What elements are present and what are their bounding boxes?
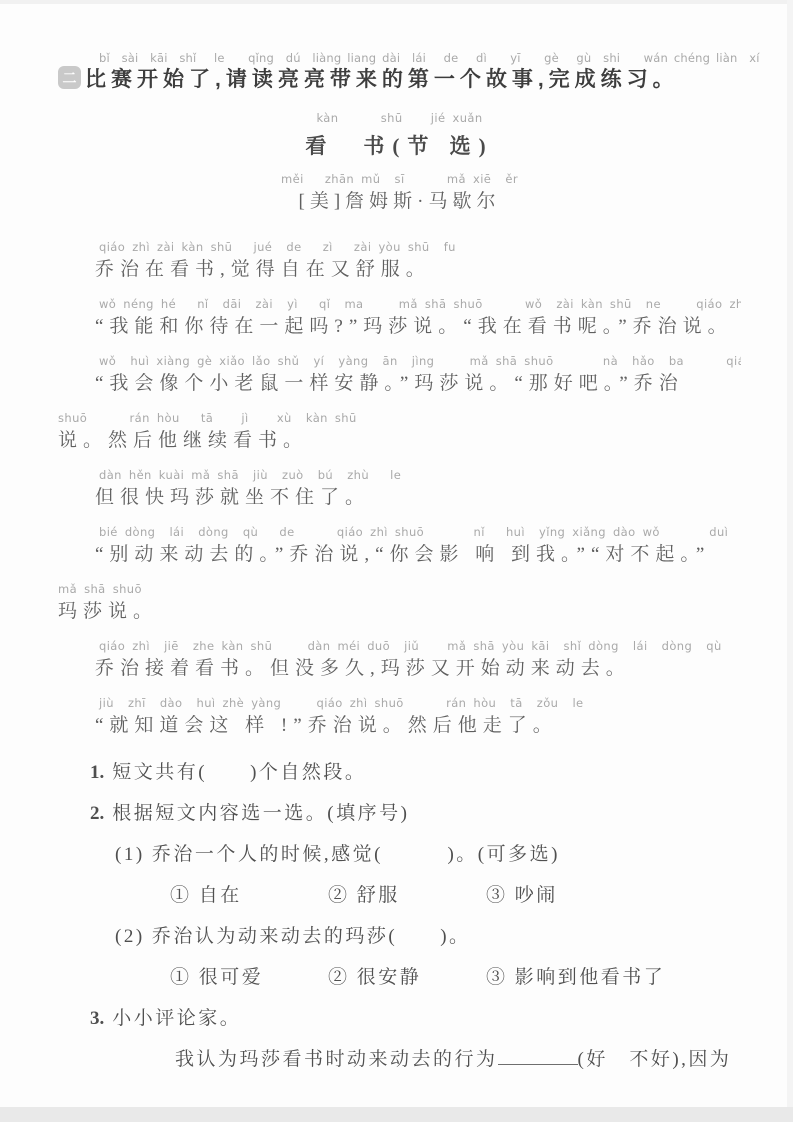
question-2-sub-1-options: ① 自在② 舒服③ 吵闹 xyxy=(58,881,741,910)
hanzi-line: “就知道会这 样 !”乔治说。然后他走了。 xyxy=(58,711,741,741)
question-1-number: 1. xyxy=(90,762,104,783)
hanzi-line: 说。然后他继续看书。 xyxy=(58,426,741,456)
pinyin-line: jiù zhī dào huì zhè yàng qiáo zhì shuō r… xyxy=(58,695,741,711)
pinyin-line: bié dòng lái dòng qù de qiáo zhì shuō nǐ… xyxy=(58,524,741,540)
scan-edge-right xyxy=(787,0,793,1107)
sub-question-label: (2) xyxy=(115,926,152,947)
pinyin-line: qiáo zhì jiē zhe kàn shū dàn méi duō jiǔ… xyxy=(58,638,741,654)
question-2-sub-2-options: ① 很可爱② 很安静③ 影响到他看书了 xyxy=(58,963,741,992)
passage-author-block: měi zhān mǔ sī mǎ xiē ěr [美]詹姆斯·马歇尔 xyxy=(58,171,741,217)
passage-body: qiáo zhì zài kàn shū jué de zì zài yòu s… xyxy=(58,239,741,741)
pinyin-line: dàn hěn kuài mǎ shā jiù zuò bú zhù le xyxy=(58,467,741,483)
sub-question-text: 乔治认为动来动去的玛莎( )。 xyxy=(152,926,471,947)
question-2-sub-2: (2) 乔治认为动来动去的玛莎( )。 xyxy=(58,922,741,951)
option-2: ② 舒服 xyxy=(328,881,486,910)
author-pinyin: měi zhān mǔ sī mǎ xiē ěr xyxy=(58,171,741,187)
question-3-text: 小小评论家。 xyxy=(112,1008,241,1029)
passage-author: [美]詹姆斯·马歇尔 xyxy=(58,187,741,217)
passage-title-block: kàn shū jié xuǎn 看 书(节 选) xyxy=(58,110,741,161)
story-line: wǒ néng hé nǐ dāi zài yì qǐ ma mǎ shā sh… xyxy=(58,296,741,342)
hanzi-line: 但很快玛莎就坐不住了。 xyxy=(58,483,741,513)
scan-edge-bottom xyxy=(0,1107,793,1122)
worksheet-page: { "page": { "section_badge": "二", "intro… xyxy=(0,0,793,1122)
hanzi-line: “别动来动去的。”乔治说,“你会影 响 到我。”“对不起。” xyxy=(58,540,741,570)
sub-question-text: 乔治一个人的时候,感觉( )。(可多选) xyxy=(152,844,560,865)
worksheet-content: 二 bǐ sài kāi shǐ le qǐng dú liàng liang … xyxy=(0,0,793,1122)
question-2-number: 2. xyxy=(90,803,104,824)
hanzi-line: “我能和你待在一起吗?”玛莎说。“我在看书呢。”乔治说。 xyxy=(58,312,741,342)
question-2-sub-1: (1) 乔治一个人的时候,感觉( )。(可多选) xyxy=(58,840,741,869)
hanzi-line: 乔治在看书,觉得自在又舒服。 xyxy=(58,255,741,285)
question-1-text: 短文共有( )个自然段。 xyxy=(112,762,366,783)
story-line: qiáo zhì zài kàn shū jué de zì zài yòu s… xyxy=(58,239,741,285)
pinyin-line: qiáo zhì zài kàn shū jué de zì zài yòu s… xyxy=(58,239,741,255)
sub-question-label: (1) xyxy=(115,844,152,865)
instruction-pinyin: bǐ sài kāi shǐ le qǐng dú liàng liang dà… xyxy=(85,50,760,66)
pinyin-line: wǒ néng hé nǐ dāi zài yì qǐ ma mǎ shā sh… xyxy=(58,296,741,312)
story-line: wǒ huì xiàng gè xiǎo lǎo shǔ yí yàng ān … xyxy=(58,353,741,399)
title-pinyin: kàn shū jié xuǎn xyxy=(316,110,482,126)
fill-text-after: (好 不好),因为 xyxy=(578,1049,732,1070)
story-line: qiáo zhì jiē zhe kàn shū dàn méi duō jiǔ… xyxy=(58,638,741,684)
question-2-text: 根据短文内容选一选。(填序号) xyxy=(112,803,409,824)
question-3: 3.小小评论家。 xyxy=(58,1004,741,1033)
answer-blank xyxy=(498,1046,578,1065)
section-intro: 二 bǐ sài kāi shǐ le qǐng dú liàng liang … xyxy=(58,50,741,94)
question-1: 1.短文共有( )个自然段。 xyxy=(58,758,741,787)
question-3-fill-line: 我认为玛莎看书时动来动去的行为(好 不好),因为 xyxy=(58,1045,741,1074)
pinyin-line: mǎ shā shuō xyxy=(58,581,741,597)
story-line: shuō rán hòu tā jì xù kàn shū 说。然后他继续看书。 xyxy=(58,410,741,456)
question-3-number: 3. xyxy=(90,1008,104,1029)
question-2: 2.根据短文内容选一选。(填序号) xyxy=(58,799,741,828)
option-2: ② 很安静 xyxy=(328,963,486,992)
section-instruction: bǐ sài kāi shǐ le qǐng dú liàng liang dà… xyxy=(85,50,760,94)
passage-title: 看 书(节 选) xyxy=(58,131,741,161)
option-3: ③ 影响到他看书了 xyxy=(486,963,665,992)
story-line: dàn hěn kuài mǎ shā jiù zuò bú zhù le 但很… xyxy=(58,467,741,513)
scan-edge-top xyxy=(0,0,793,4)
story-line: mǎ shā shuō 玛莎说。 xyxy=(58,581,741,627)
hanzi-line: “我会像个小老鼠一样安静。”玛莎说。“那好吧。”乔治 xyxy=(58,369,741,399)
option-1: ① 很可爱 xyxy=(170,963,328,992)
story-line: jiù zhī dào huì zhè yàng qiáo zhì shuō r… xyxy=(58,695,741,741)
hanzi-line: 乔治接着看书。但没多久,玛莎又开始动来动去。 xyxy=(58,654,741,684)
pinyin-line: shuō rán hòu tā jì xù kàn shū xyxy=(58,410,741,426)
fill-text-before: 我认为玛莎看书时动来动去的行为 xyxy=(175,1049,498,1070)
pinyin-line: wǒ huì xiàng gè xiǎo lǎo shǔ yí yàng ān … xyxy=(58,353,741,369)
option-1: ① 自在 xyxy=(170,881,328,910)
questions-section: 1.短文共有( )个自然段。 2.根据短文内容选一选。(填序号) (1) 乔治一… xyxy=(58,758,741,1074)
story-line: bié dòng lái dòng qù de qiáo zhì shuō nǐ… xyxy=(58,524,741,570)
instruction-text: 比赛开始了,请读亮亮带来的第一个故事,完成练习。 xyxy=(85,66,760,94)
hanzi-line: 玛莎说。 xyxy=(58,597,741,627)
option-3: ③ 吵闹 xyxy=(486,881,558,910)
section-number-badge-icon: 二 xyxy=(58,66,81,89)
